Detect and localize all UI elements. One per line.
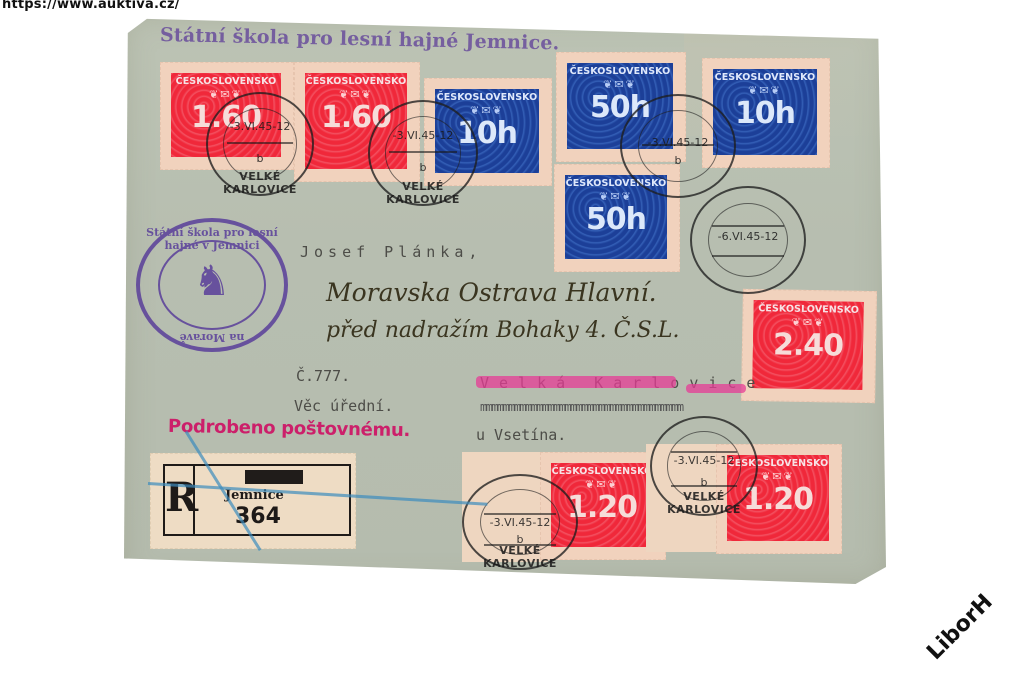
stamp-country: ČESKOSLOVENSKO [570, 66, 671, 77]
addressee-name: Josef Plánka, [300, 243, 482, 261]
locality-line: u Vsetína. [476, 426, 566, 444]
receiving-postmark: -6.VI.45-12 [690, 186, 806, 294]
stamp-country: ČESKOSLOVENSKO [176, 76, 277, 87]
postmark-cancel: -3.VI.45-12 b VELKÉ KARLOVICE [206, 92, 314, 196]
stamp-country: ČESKOSLOVENSKO [552, 466, 653, 477]
registration-label: R Jemnice 364 [150, 453, 356, 549]
redaction-bar [245, 470, 303, 484]
url-caption: https://www.auktiva.cz/ [2, 0, 180, 12]
stamp-country: ČESKOSLOVENSKO [437, 92, 538, 103]
school-seal: Státní škola pro lesní hajné v Jemnici ♞… [136, 218, 288, 352]
stamp-country: ČESKOSLOVENSKO [715, 72, 816, 83]
magenta-strikethrough [476, 376, 676, 388]
seller-watermark: LiborH [922, 590, 997, 665]
subject-line: Věc úřední. [294, 397, 393, 415]
stamp-value: 10h [735, 99, 795, 129]
stamp-value: 50h [586, 205, 646, 235]
stamp-country: ČESKOSLOVENSKO [306, 76, 407, 87]
magenta-strikethrough [686, 384, 746, 393]
postage-due-handstamp: Podrobeno poštovnému. [168, 416, 410, 441]
postmark-cancel: -3.VI.45-12 b VELKÉ KARLOVICE [650, 416, 758, 516]
postmark-cancel: -3.VI.45-12 b VELKÉ KARLOVICE [368, 100, 478, 206]
stamp-country: ČESKOSLOVENSKO [758, 303, 859, 316]
lion-emblem-icon: ♞ [140, 256, 284, 305]
typed-filler: mmmmmmmmmmmmmmmmmmmmmmmmmmmmmmmmmmmm [480, 400, 683, 414]
address-line-2: před nadražím Bohaky 4. Č.S.L. [326, 318, 680, 343]
registration-letter: R [165, 466, 195, 534]
address-line-1: Moravska Ostrava Hlavní. [326, 278, 657, 307]
postmark-cancel: -3.VI.45-12 b VELKÉ KARLOVICE [462, 474, 578, 570]
postmark-cancel: -3.VI.45-12 b [620, 94, 736, 198]
stamp-value: 2.40 [773, 330, 844, 361]
reference-number: Č.777. [296, 367, 350, 385]
